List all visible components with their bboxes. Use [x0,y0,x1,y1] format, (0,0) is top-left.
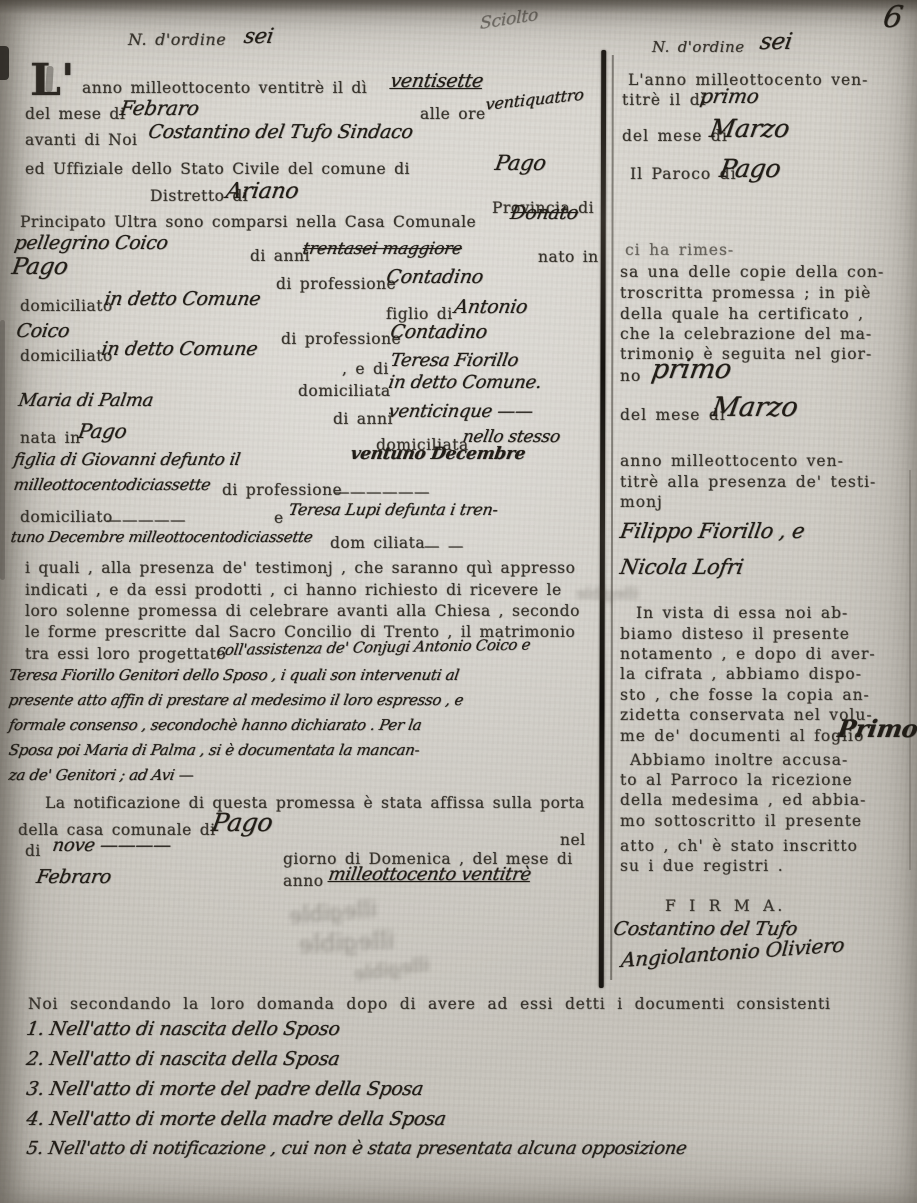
handwritten-text: 1. Nell'atto di nascita dello Sposo [25,1020,341,1040]
handwritten-text: venticinque —— [387,403,534,422]
handwritten-text: Nicola Lofri [619,556,745,578]
document-page: 6ScioltoN. d'ordineseiL'anno milleottoce… [0,0,917,1203]
handwritten-text: Contadino [389,323,489,343]
handwritten-text: milleottocento ventitrè [327,866,532,885]
handwritten-text: tuno Decembre milleottocentodiciassette [10,530,314,546]
printed-text: tra essi loro progettato [25,646,226,662]
handwritten-text: milleottocentodiciassette [12,477,211,494]
handwritten-text: nove ———— [51,837,172,856]
printed-text: loro solenne promessa di celebrare avant… [25,603,580,619]
handwritten-text: Maria di Palma [17,392,154,411]
handwritten-text: sei [758,30,794,54]
handwritten-text: Teresa Fiorillo Genitori dello Sposo , i… [8,668,461,684]
printed-text: In vista di essa noi ab- [636,605,848,621]
ink-smudge [0,320,5,580]
printed-text: della quale ha certificato , [620,306,864,322]
printed-text: di [25,843,41,859]
handwritten-text: Antonio [453,298,529,318]
right-margin-line [909,470,911,870]
handwritten-text: Donato [509,204,580,224]
printed-text: nel [560,832,586,848]
printed-text: avanti di Noi [25,132,138,148]
printed-text: F I R M A. [665,898,785,914]
printed-text: domiciliata [298,383,391,399]
handwritten-text: pellegrino Coico [13,234,169,254]
handwritten-text: presente atto affin di prestare al medes… [8,693,465,709]
handwritten-text: Teresa Fiorillo [389,352,520,371]
handwritten-text: figlia di Giovanni defunto il [12,452,241,470]
handwritten-text: Pago [10,255,69,279]
handwritten-text: ventuno Decembre [349,446,526,464]
handwritten-text: coll'assistenza de' Conjugi Antonio Coic… [216,638,532,659]
handwritten-text: Coico [15,322,71,342]
drop-cap: L' [30,58,74,104]
handwritten-text: formale consenso , secondochè hanno dich… [8,718,423,734]
printed-text: che la celebrazione del ma- [620,326,872,342]
printed-text: La notificazione di questa promessa è st… [45,795,585,811]
printed-text: del mese di [25,106,125,122]
handwritten-text: primo [699,86,761,107]
printed-text: titrè il dì [622,92,707,108]
handwritten-text: Pago [718,156,783,182]
printed-text: mo sottoscritto il presente [620,813,862,829]
printed-text: Principato Ultra sono comparsi nella Cas… [20,214,476,230]
printed-text: dom ciliata [330,535,425,551]
printed-text: to al Parroco la ricezione [620,772,853,788]
printed-text: i quali , alla presenza de' testimonj , … [25,560,575,576]
handwritten-text: 2. Nell'atto di nascita della Sposa [25,1050,341,1070]
column-divider-thin [610,55,613,980]
ghost-writing: illegible [298,928,396,958]
printed-text: su i due registri . [620,858,784,874]
printed-text: atto , ch' è stato inscritto [620,838,858,854]
handwritten-text: Angiolantonio Oliviero [620,935,845,971]
printed-text: titrè alla presenza de' testi- [620,474,876,490]
printed-text: nato in [538,249,599,265]
handwritten-text: ventiquattro [485,87,584,114]
printed-text: Abbiamo inoltre accusa- [630,752,848,768]
handwritten-text: in detto Comune. [387,374,543,393]
printed-text: ed Uffiziale dello Stato Civile del comu… [25,161,410,177]
handwritten-text: Pago [77,421,128,442]
printed-text: nata in [20,430,81,446]
handwritten-text: ventisette [389,72,485,92]
printed-text: notamento , e dopo di aver- [620,646,876,662]
printed-text: di professione [276,276,396,292]
printed-text: e [274,510,284,526]
handwritten-text: Ariano [224,180,300,203]
handwritten-text: 4. Nell'atto di morte della madre della … [25,1110,447,1130]
printed-text: sto , che fosse la copia an- [620,687,870,703]
top-edge-shadow [0,0,917,14]
printed-text: troscritta promessa ; in piè [620,285,871,301]
ink-smudge [0,46,9,80]
printed-text: alle ore [420,106,486,122]
printed-text: no [620,368,641,384]
printed-text: —————— [334,484,430,500]
printed-text: N. d'ordine [128,32,226,49]
printed-text: di professione [281,331,401,347]
ghost-writing: illegible [289,898,378,929]
printed-text: Noi secondando la loro domanda dopo di a… [28,996,831,1012]
handwritten-text: Filippo Fiorillo , e [619,520,807,542]
printed-text: anno milleottocento ven- [620,453,844,469]
column-divider [599,50,606,988]
printed-text: la cifrata , abbiamo dispo- [620,666,862,682]
printed-text: anno milleottocento ventitrè il dì [82,80,367,96]
printed-text: della medesima , ed abbia- [620,792,866,808]
handwritten-text: Febraro [119,98,201,119]
printed-text: sa una delle copie della con- [620,264,884,280]
handwritten-text: primo [650,356,734,384]
handwritten-text: Costantino del Tufo Sindaco [147,123,414,143]
printed-text: domiciliato [20,298,113,314]
handwritten-text: 6 [881,2,905,34]
handwritten-text: za de' Genitori ; ad Avi — [8,768,195,784]
printed-text: anno [283,873,324,889]
printed-text: di anni [333,411,393,427]
printed-text: me de' documenti al foglio [620,728,864,744]
ghost-writing: illegible [575,586,640,603]
handwritten-text: sei [243,25,276,47]
printed-text: figlio di [386,306,453,322]
printed-text: domiciliato [20,348,113,364]
handwritten-text: Sposa poi Maria di Palma , si è document… [8,743,421,759]
handwritten-text: Contadino [385,268,485,288]
printed-text: ci ha rimes- [625,242,734,258]
printed-text: ————— [106,512,186,528]
printed-text: monj [620,494,663,510]
handwritten-text: 3. Nell'atto di morte del padre della Sp… [25,1080,425,1100]
handwritten-text: in detto Comune [100,340,259,360]
handwritten-text: Marzo [708,116,791,142]
handwritten-text: Pago [210,810,275,836]
printed-text: zidetta conservata nel volu- [620,707,873,723]
printed-text: — — [424,538,464,554]
printed-text: , e di [342,361,389,377]
printed-text: di professione [222,482,342,498]
printed-text: domiciliato [20,509,113,525]
handwritten-text: Febraro [35,868,113,888]
handwritten-text: Marzo [710,394,800,422]
ghost-writing: illegible [354,955,430,985]
handwritten-text: in detto Comune [103,290,262,310]
handwritten-text: Pago [494,152,548,174]
printed-text: indicati , e da essi prodotti , ci hanno… [25,582,562,598]
handwritten-text: Primo [836,716,917,741]
printed-text: N. d'ordine [652,40,745,56]
printed-text: biamo disteso il presente [620,626,850,642]
handwritten-text: Teresa Lupi defunta i tren- [287,502,499,519]
handwritten-text: 5. Nell'atto di notificazione , cui non … [25,1140,688,1159]
handwritten-text: trentasei maggiore [301,241,463,259]
